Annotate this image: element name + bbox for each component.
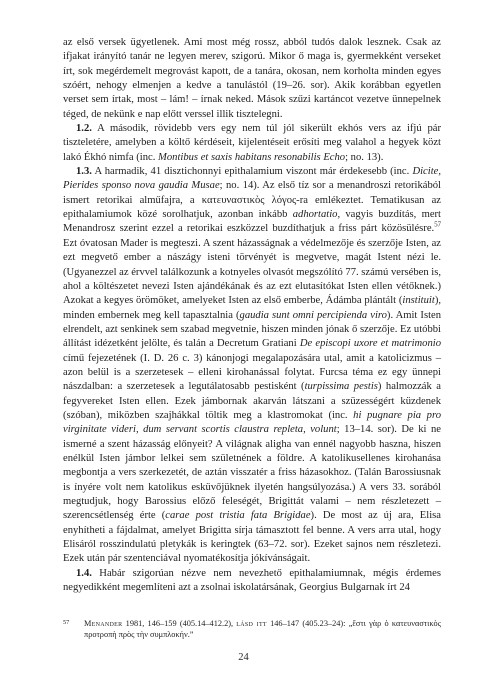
paragraph: 1.2. A második, rövidebb vers egy nem tú… xyxy=(63,122,441,165)
text-segment: carae post tristia fata Brigidae xyxy=(165,510,310,521)
text-segment: ; no. 13). xyxy=(345,152,383,163)
footnote: 57 Menander 1981, 146–159 (405.14–412.2)… xyxy=(63,618,441,640)
text-segment: Montibus et saxis habitans resonabilis E… xyxy=(158,152,345,163)
text-segment: Menander xyxy=(84,619,122,628)
text-segment: A harmadik, 41 disztichonnyi epithalamiu… xyxy=(92,166,413,177)
text-segment: adhortatio xyxy=(293,209,338,220)
text-segment: ; 13–14. sor). De ki ne ismerné a szent … xyxy=(63,424,441,521)
text-segment: Habár szigorúan nézve nem nevezhető epit… xyxy=(63,568,441,593)
text-segment: lásd itt xyxy=(236,619,267,628)
page-number: 24 xyxy=(0,652,487,663)
text-segment: 1.4. xyxy=(76,568,92,579)
footnote-text: Menander 1981, 146–159 (405.14–412.2), l… xyxy=(84,618,441,640)
paragraph: az első versek ügyetlenek. Ami most még … xyxy=(63,36,441,122)
paragraph: 1.4. Habár szigorúan nézve nem nevezhető… xyxy=(63,567,441,596)
body-paragraphs: az első versek ügyetlenek. Ami most még … xyxy=(63,36,441,595)
footnote-marker: 57 xyxy=(63,618,84,626)
text-segment: az első versek ügyetlenek. Ami most még … xyxy=(63,37,441,120)
text-segment: 1.3. xyxy=(76,166,92,177)
text-segment: De episcopi uxore et matrimonio xyxy=(300,338,441,349)
text-segment: Ezt óvatosan Mader is megteszi. A szent … xyxy=(63,238,441,306)
book-page: az első versek ügyetlenek. Ami most még … xyxy=(0,0,487,694)
text-segment: 57 xyxy=(434,222,441,229)
text-segment: 1981, 146–159 (405.14–412.2), xyxy=(122,619,236,628)
text-segment: 1.2. xyxy=(76,123,92,134)
paragraph: 1.3. A harmadik, 41 disztichonnyi epitha… xyxy=(63,165,441,567)
text-segment: instituit xyxy=(402,295,434,306)
text-segment: gaudia sunt omni percipienda viro xyxy=(240,310,387,321)
text-segment: turpissima pestis xyxy=(305,381,378,392)
